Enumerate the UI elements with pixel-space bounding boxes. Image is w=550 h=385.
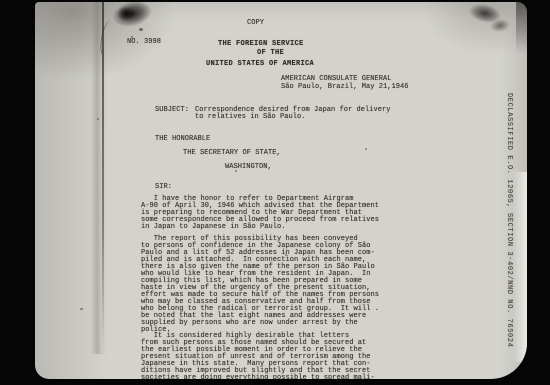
body-paragraph-3: It is considered highly desirable that l… [141, 333, 375, 379]
subject-label: SUBJECT: [155, 107, 189, 114]
ink-blot-core [117, 6, 135, 21]
letterhead-line-3: UNITED STATES OF AMERICA [206, 61, 314, 68]
scan-edge-highlight [513, 172, 527, 362]
consulate-name: AMERICAN CONSULATE GENERAL [281, 76, 392, 83]
addressee-city: WASHINGTON, [225, 164, 272, 171]
dirt-speck [365, 148, 367, 150]
declassification-stamp: DECLASSIFIED E.O. 12065, SECTION 3-402/N… [504, 93, 513, 347]
addressee-honorable: THE HONORABLE [155, 136, 210, 143]
dirt-speck [97, 118, 99, 120]
ink-speck [139, 28, 143, 31]
document-number: NO. 3998 [127, 39, 161, 46]
letterhead-line-2: OF THE [257, 50, 284, 57]
subject-text: Correspondence desired from Japan for de… [195, 107, 391, 121]
right-edge-smudge [516, 2, 527, 54]
addressee-secretary: THE SECRETARY OF STATE, [183, 150, 281, 157]
consulate-dateline: São Paulo, Brazil, May 21,1946 [281, 84, 409, 91]
body-paragraph-2: The report of this possibility has been … [141, 236, 379, 334]
scanned-document-screen: COPY NO. 3998 THE FOREIGN SERVICE OF THE… [0, 0, 550, 385]
document-paper: COPY NO. 3998 THE FOREIGN SERVICE OF THE… [35, 2, 527, 379]
copy-label: COPY [247, 20, 264, 27]
dirt-speck [80, 308, 83, 310]
salutation: SIR: [155, 184, 172, 191]
letterhead-line-1: THE FOREIGN SERVICE [218, 41, 304, 48]
body-paragraph-1: I have the honor to refer to Department … [141, 196, 379, 231]
